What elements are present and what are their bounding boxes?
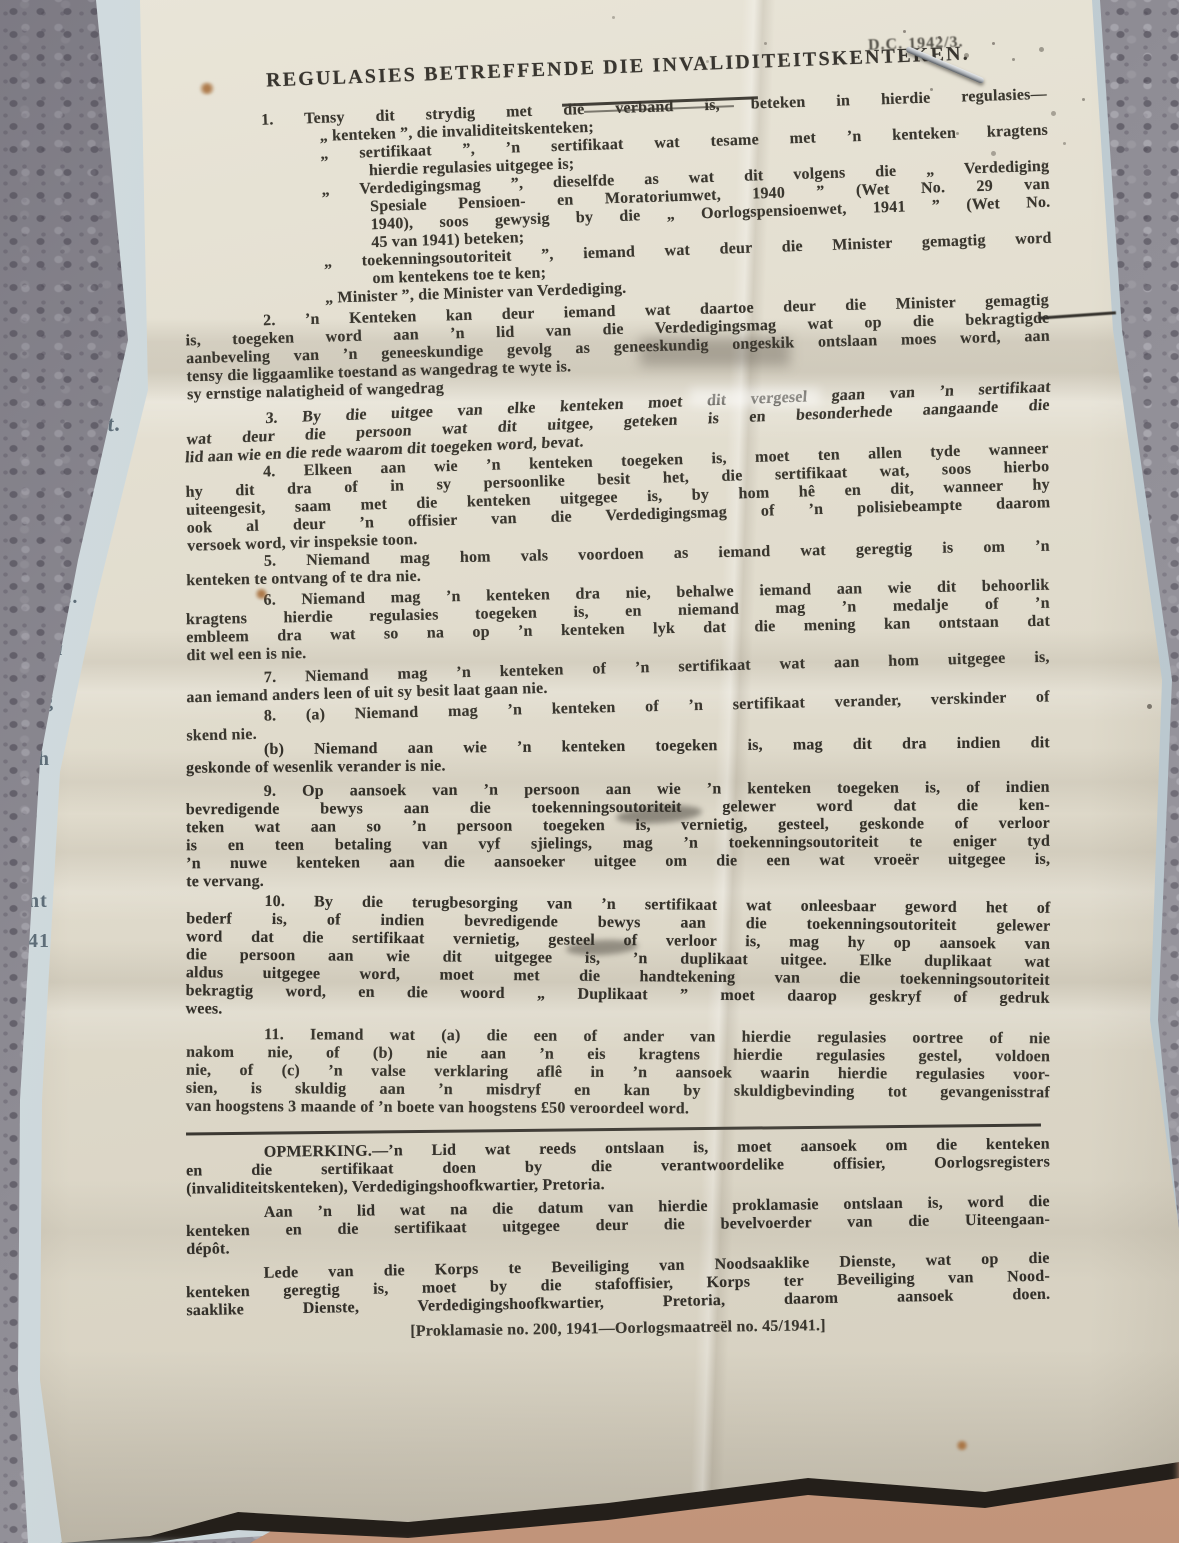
foxing-spot <box>198 82 216 95</box>
paragraph: 1. Tensy dit strydig met die verband is,… <box>183 86 1053 313</box>
ink-specks <box>0 0 3 3</box>
paragraph: Lede van die Korps te Beveiliging van No… <box>186 1250 1051 1321</box>
crease-highlight <box>690 388 820 406</box>
citation-line: [Proklamasie no. 200, 1941—Oorlogsmaatre… <box>186 1314 1050 1344</box>
paragraph: 11. Iemand wat (a) die een of ander van … <box>186 1026 1050 1121</box>
foxing-spot <box>955 1440 969 1451</box>
text-line: [Proklamasie no. 200, 1941—Oorlogsmaatre… <box>186 1314 1050 1344</box>
crease-shadow <box>640 338 790 366</box>
document-body: 1. Tensy dit strydig met die verband is,… <box>186 100 1050 1341</box>
paragraph: OPMERKING.—’n Lid wat reeds ontslaan is,… <box>186 1135 1051 1198</box>
photo-scene: Sert.no...-naarangeenhbykent1941 D.C. 19… <box>0 0 1179 1543</box>
paragraph: Aan ’n lid wat na die datum van hierdie … <box>186 1193 1051 1259</box>
section-divider-rule <box>186 1124 1041 1136</box>
paragraph: 9. Op aansoek van ’n persoon aan wie ’n … <box>186 779 1051 892</box>
paragraph: (b) Niemand aan wie ’n kenteken toegeken… <box>186 734 1050 778</box>
paragraph: 10. By die terugbesorging van ’n sertifi… <box>185 892 1050 1026</box>
foxing-spot <box>254 588 269 600</box>
